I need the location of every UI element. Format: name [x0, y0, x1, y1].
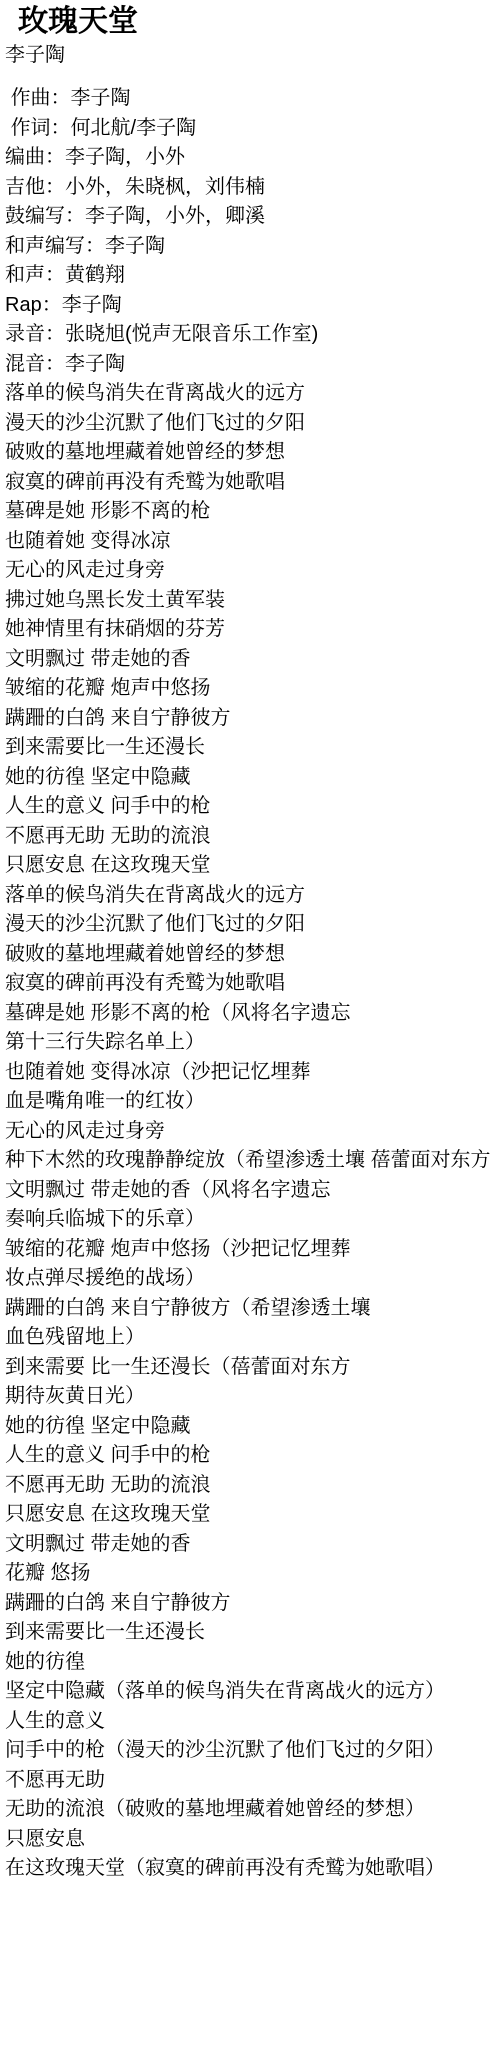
- lyric-line: 皱缩的花瓣 炮声中悠扬（沙把记忆埋葬: [5, 1235, 500, 1265]
- credit-line: 吉他：小外，朱晓枫，刘伟楠: [5, 173, 500, 203]
- credit-line: 编曲：李子陶，小外: [5, 143, 500, 173]
- lyric-line: 也随着她 变得冰凉: [5, 527, 500, 557]
- lyric-line: 她的彷徨 坚定中隐藏: [5, 1412, 500, 1442]
- lyric-line: 不愿再无助: [5, 1766, 500, 1796]
- lyric-line: 只愿安息: [5, 1825, 500, 1855]
- credit-line: 混音：李子陶: [5, 350, 500, 380]
- lyric-line: 落单的候鸟消失在背离战火的远方: [5, 881, 500, 911]
- song-title: 玫瑰天堂: [5, 3, 500, 41]
- lyric-line: 到来需要 比一生还漫长（蓓蕾面对东方: [5, 1353, 500, 1383]
- lyric-line: 问手中的枪（漫天的沙尘沉默了他们飞过的夕阳）: [5, 1736, 500, 1766]
- lyric-line: 血色残留地上）: [5, 1323, 500, 1353]
- lyric-line: 她神情里有抹硝烟的芬芳: [5, 615, 500, 645]
- song-text-block: 作曲：李子陶 作词：何北航/李子陶编曲：李子陶，小外吉他：小外，朱晓枫，刘伟楠鼓…: [5, 84, 500, 1884]
- lyric-line: 坚定中隐藏（落单的候鸟消失在背离战火的远方）: [5, 1677, 500, 1707]
- credit-line: 作曲：李子陶: [5, 84, 500, 114]
- lyric-line: 蹒跚的白鸽 来自宁静彼方: [5, 704, 500, 734]
- lyric-line: 人生的意义: [5, 1707, 500, 1737]
- lyric-line: 文明飘过 带走她的香: [5, 1530, 500, 1560]
- lyric-line: 无心的风走过身旁: [5, 556, 500, 586]
- lyric-line: 期待灰黄日光）: [5, 1382, 500, 1412]
- lyric-line: 花瓣 悠扬: [5, 1559, 500, 1589]
- lyric-line: 皱缩的花瓣 炮声中悠扬: [5, 674, 500, 704]
- lyric-line: 到来需要比一生还漫长: [5, 733, 500, 763]
- lyric-line: 蹒跚的白鸽 来自宁静彼方（希望渗透土壤: [5, 1294, 500, 1324]
- lyric-line: 破败的墓地埋藏着她曾经的梦想: [5, 438, 500, 468]
- lyric-line: 她的彷徨 坚定中隐藏: [5, 763, 500, 793]
- lyric-line: 第十三行失踪名单上）: [5, 1028, 500, 1058]
- lyric-line: 人生的意义 问手中的枪: [5, 1441, 500, 1471]
- lyric-line: 人生的意义 问手中的枪: [5, 792, 500, 822]
- lyric-line: 奏响兵临城下的乐章）: [5, 1205, 500, 1235]
- credits-list: 作曲：李子陶 作词：何北航/李子陶编曲：李子陶，小外吉他：小外，朱晓枫，刘伟楠鼓…: [5, 84, 500, 379]
- lyric-line: 只愿安息 在这玫瑰天堂: [5, 851, 500, 881]
- lyric-line: 她的彷徨: [5, 1648, 500, 1678]
- lyric-line: 寂寞的碑前再没有秃鹫为她歌唱: [5, 468, 500, 498]
- lyric-line: 漫天的沙尘沉默了他们飞过的夕阳: [5, 910, 500, 940]
- lyric-line: 拂过她乌黑长发土黄军装: [5, 586, 500, 616]
- credit-line: 和声：黄鹤翔: [5, 261, 500, 291]
- lyric-line: 无助的流浪（破败的墓地埋藏着她曾经的梦想）: [5, 1795, 500, 1825]
- lyric-line: 也随着她 变得冰凉（沙把记忆埋葬: [5, 1058, 500, 1088]
- lyrics-page: 玫瑰天堂 李子陶 作曲：李子陶 作词：何北航/李子陶编曲：李子陶，小外吉他：小外…: [0, 0, 500, 1884]
- lyric-line: 到来需要比一生还漫长: [5, 1618, 500, 1648]
- lyric-line: 不愿再无助 无助的流浪: [5, 1471, 500, 1501]
- lyric-line: 文明飘过 带走她的香: [5, 645, 500, 675]
- lyric-line: 破败的墓地埋藏着她曾经的梦想: [5, 940, 500, 970]
- lyric-line: 只愿安息 在这玫瑰天堂: [5, 1500, 500, 1530]
- song-artist: 李子陶: [5, 41, 500, 70]
- lyric-line: 在这玫瑰天堂（寂寞的碑前再没有秃鹫为她歌唱）: [5, 1854, 500, 1884]
- credit-line: Rap：李子陶: [5, 291, 500, 321]
- credit-line: 录音：张晓旭(悦声无限音乐工作室): [5, 320, 500, 350]
- lyric-line: 落单的候鸟消失在背离战火的远方: [5, 379, 500, 409]
- lyric-line: 血是嘴角唯一的红妆）: [5, 1087, 500, 1117]
- lyric-line: 种下木然的玫瑰静静绽放（希望渗透土壤 蓓蕾面对东方: [5, 1146, 500, 1176]
- lyric-line: 蹒跚的白鸽 来自宁静彼方: [5, 1589, 500, 1619]
- lyric-line: 墓碑是她 形影不离的枪: [5, 497, 500, 527]
- credit-line: 和声编写：李子陶: [5, 232, 500, 262]
- lyric-line: 不愿再无助 无助的流浪: [5, 822, 500, 852]
- lyric-line: 寂寞的碑前再没有秃鹫为她歌唱: [5, 969, 500, 999]
- lyric-line: 墓碑是她 形影不离的枪（风将名字遗忘: [5, 999, 500, 1029]
- credit-line: 鼓编写：李子陶，小外，卿溪: [5, 202, 500, 232]
- lyric-line: 漫天的沙尘沉默了他们飞过的夕阳: [5, 409, 500, 439]
- lyrics-list: 落单的候鸟消失在背离战火的远方漫天的沙尘沉默了他们飞过的夕阳破败的墓地埋藏着她曾…: [5, 379, 500, 1884]
- lyric-line: 无心的风走过身旁: [5, 1117, 500, 1147]
- credit-line: 作词：何北航/李子陶: [5, 114, 500, 144]
- lyric-line: 妆点弹尽援绝的战场）: [5, 1264, 500, 1294]
- lyric-line: 文明飘过 带走她的香（风将名字遗忘: [5, 1176, 500, 1206]
